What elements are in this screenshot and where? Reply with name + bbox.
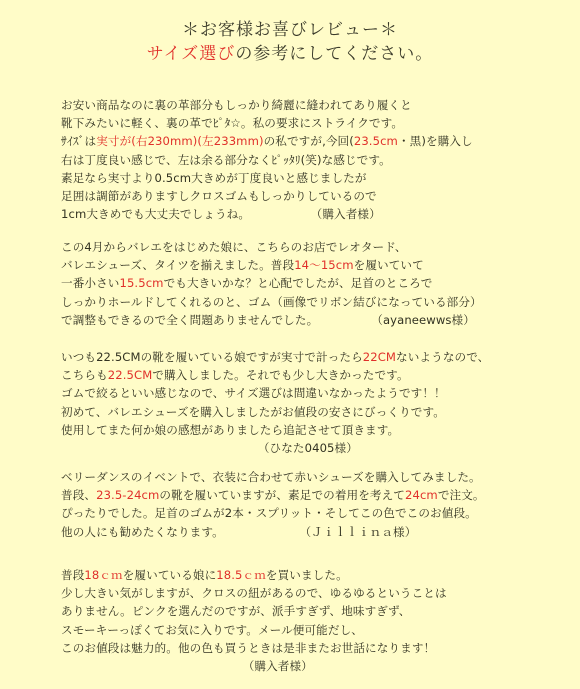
review-text: いつも22.5CMの靴を履いている娘ですが実寸で計ったら	[61, 350, 363, 364]
review-text: 使用してまた何か娘の感想がありましたら追記させて頂きます。	[61, 423, 399, 437]
size-highlight: 23.5-24cm	[96, 488, 159, 502]
review-text: ありません。ピンクを選んだのですが、派手すぎず、地味すぎず、	[61, 604, 410, 618]
page-subtitle: サイズ選びの参考にしてください。	[0, 42, 580, 66]
review-4: ベリーダンスのイベントで、衣装に合わせて赤いシューズを購入してみました。普段、2…	[61, 468, 541, 541]
review-text: 右は丁度良い感じで、左は余る部分なくﾋﾟｯﾀﾘ(笑)な感じです。	[61, 153, 391, 167]
review-line: 右は丁度良い感じで、左は余る部分なくﾋﾟｯﾀﾘ(笑)な感じです。	[61, 151, 541, 169]
review-text: 普段	[61, 568, 84, 582]
size-highlight: 23.5cm	[354, 134, 398, 148]
review-text: ゴムで絞るといい感じなので、サイズ選びは間違いなかったようです！！	[61, 386, 446, 400]
review-line: 初めて、バレエシューズを購入しましたがお値段の安さにびっくりです。	[61, 403, 541, 421]
review-text: このお値段は魅力的。他の色も買うときは是非またお世話になります！	[61, 641, 435, 655]
review-line: こちらも22.5CMで購入しました。それでも少し大きかったです。	[61, 366, 541, 384]
review-text: の私ですが,今回(	[264, 134, 354, 148]
review-text: 1cm大きめでも大丈夫でしょうね。 （購入者様）	[61, 207, 381, 221]
review-text: を履いている娘に	[123, 568, 217, 582]
review-text: ないようなので、	[396, 350, 489, 364]
review-text: 素足なら実寸より0.5cm大きめが丁度良いと感じましたが	[61, 171, 367, 185]
review-line: ぴったりでした。足首のゴムが2本・スプリット・そしてこの色でこのお値段。	[61, 504, 541, 522]
review-text: 初めて、バレエシューズを購入しましたがお値段の安さにびっくりです。	[61, 405, 445, 419]
size-highlight: 15.5cm	[119, 276, 163, 290]
review-text: 靴下みたいに軽く、裏の革でﾋﾟﾀ☆。私の要求にストライクです。	[61, 116, 403, 130]
review-line: ゴムで絞るといい感じなので、サイズ選びは間違いなかったようです！！	[61, 384, 541, 402]
review-line: （ひなた0405様）	[61, 439, 541, 457]
review-text: でも大きいかな？と心配でしたが、足首のところで	[164, 276, 433, 290]
review-text: 普段、	[61, 488, 96, 502]
review-text: （購入者様）	[61, 659, 313, 673]
review-line: 一番小さい15.5cmでも大きいかな？と心配でしたが、足首のところで	[61, 274, 541, 292]
review-line: で調整もできるので全く問題ありませんでした。 （ayaneewws様）	[61, 311, 541, 329]
review-line: ｻｲｽﾞは実寸が(右230mm)(左233mm)の私ですが,今回(23.5cm・…	[61, 132, 541, 150]
review-text: 他の人にも勧めたくなります。 （Ｊｉｌｌｉｎａ様）	[61, 525, 416, 539]
review-line: ありません。ピンクを選んだのですが、派手すぎず、地味すぎず、	[61, 602, 541, 620]
review-text: で購入しました。それでも少し大きかったです。	[152, 368, 408, 382]
review-2: この4月からバレエをはじめた娘に、こちらのお店でレオタード、バレエシューズ、タイ…	[61, 238, 541, 329]
review-line: 普段、23.5-24cmの靴を履いていますが、素足での着用を考えて24cmで注文…	[61, 486, 541, 504]
size-highlight: 18.5ｃｍ	[216, 568, 266, 582]
review-line: 普段18ｃｍを履いている娘に18.5ｃｍを買いました。	[61, 566, 541, 584]
size-highlight: 18ｃｍ	[84, 568, 122, 582]
review-text: （ひなた0405様）	[61, 441, 358, 455]
review-line: 足囲は調節がありますしクロスゴムもしっかりしているので	[61, 187, 541, 205]
review-text: お安い商品なのに裏の革部分もしっかり綺麗に縫われてあり履くと	[61, 98, 412, 112]
review-line: バレエシューズ、タイツを揃えました。普段14～15cmを履いていて	[61, 256, 541, 274]
review-3: いつも22.5CMの靴を履いている娘ですが実寸で計ったら22CMないようなので、…	[61, 348, 541, 457]
size-highlight: 実寸が(右230mm)(左233mm)	[96, 134, 263, 148]
page-title: ＊お客様お喜びレビュー＊	[0, 18, 580, 42]
review-line: しっかりホールドしてくれるのと、ゴム（画像でリボン結びになっている部分）	[61, 293, 541, 311]
review-text: ・黒)を購入し	[398, 134, 473, 148]
size-highlight: 22.5CM	[108, 368, 153, 382]
review-line: お安い商品なのに裏の革部分もしっかり綺麗に縫われてあり履くと	[61, 96, 541, 114]
review-text: を買いました。	[266, 568, 348, 582]
size-highlight: 14～15cm	[294, 258, 353, 272]
review-text: の靴を履いていますが、素足での着用を考えて	[159, 488, 405, 502]
review-line: 靴下みたいに軽く、裏の革でﾋﾟﾀ☆。私の要求にストライクです。	[61, 114, 541, 132]
review-text: で注文。	[438, 488, 485, 502]
review-line: 少し大きい気がしますが、クロスの紐があるので、ゆるゆるということは	[61, 584, 541, 602]
review-text: この4月からバレエをはじめた娘に、こちらのお店でレオタード、	[61, 240, 407, 254]
review-text: で調整もできるので全く問題ありませんでした。 （ayaneewws様）	[61, 313, 475, 327]
review-text: を履いていて	[354, 258, 424, 272]
review-line: スモーキーっぽくてお気に入りです。メール便可能だし、	[61, 621, 541, 639]
subtitle-rest: の参考にしてください。	[235, 44, 433, 64]
review-line: 素足なら実寸より0.5cm大きめが丁度良いと感じましたが	[61, 169, 541, 187]
review-line: 他の人にも勧めたくなります。 （Ｊｉｌｌｉｎａ様）	[61, 523, 541, 541]
review-1: お安い商品なのに裏の革部分もしっかり綺麗に縫われてあり履くと靴下みたいに軽く、裏…	[61, 96, 541, 223]
review-text: しっかりホールドしてくれるのと、ゴム（画像でリボン結びになっている部分）	[61, 295, 482, 309]
review-text: こちらも	[61, 368, 108, 382]
review-text: ぴったりでした。足首のゴムが2本・スプリット・そしてこの色でこのお値段。	[61, 506, 477, 520]
review-text: 一番小さい	[61, 276, 119, 290]
review-text: 少し大きい気がしますが、クロスの紐があるので、ゆるゆるということは	[61, 586, 447, 600]
review-text: ベリーダンスのイベントで、衣装に合わせて赤いシューズを購入してみました。	[61, 470, 481, 484]
review-text: 足囲は調節がありますしクロスゴムもしっかりしているので	[61, 189, 377, 203]
size-highlight: 22CM	[363, 350, 396, 364]
review-line: （購入者様）	[61, 657, 541, 675]
size-highlight: 24cm	[405, 488, 438, 502]
subtitle-highlight: サイズ選び	[147, 44, 236, 64]
review-line: 使用してまた何か娘の感想がありましたら追記させて頂きます。	[61, 421, 541, 439]
review-text: スモーキーっぽくてお気に入りです。メール便可能だし、	[61, 623, 363, 637]
review-line: いつも22.5CMの靴を履いている娘ですが実寸で計ったら22CMないようなので、	[61, 348, 541, 366]
review-line: ベリーダンスのイベントで、衣装に合わせて赤いシューズを購入してみました。	[61, 468, 541, 486]
review-line: 1cm大きめでも大丈夫でしょうね。 （購入者様）	[61, 205, 541, 223]
page-header: ＊お客様お喜びレビュー＊ サイズ選びの参考にしてください。	[0, 18, 580, 66]
review-text: バレエシューズ、タイツを揃えました。普段	[61, 258, 294, 272]
review-line: この4月からバレエをはじめた娘に、こちらのお店でレオタード、	[61, 238, 541, 256]
review-line: このお値段は魅力的。他の色も買うときは是非またお世話になります！	[61, 639, 541, 657]
review-5: 普段18ｃｍを履いている娘に18.5ｃｍを買いました。少し大きい気がしますが、ク…	[61, 566, 541, 675]
review-text: ｻｲｽﾞは	[61, 134, 96, 148]
